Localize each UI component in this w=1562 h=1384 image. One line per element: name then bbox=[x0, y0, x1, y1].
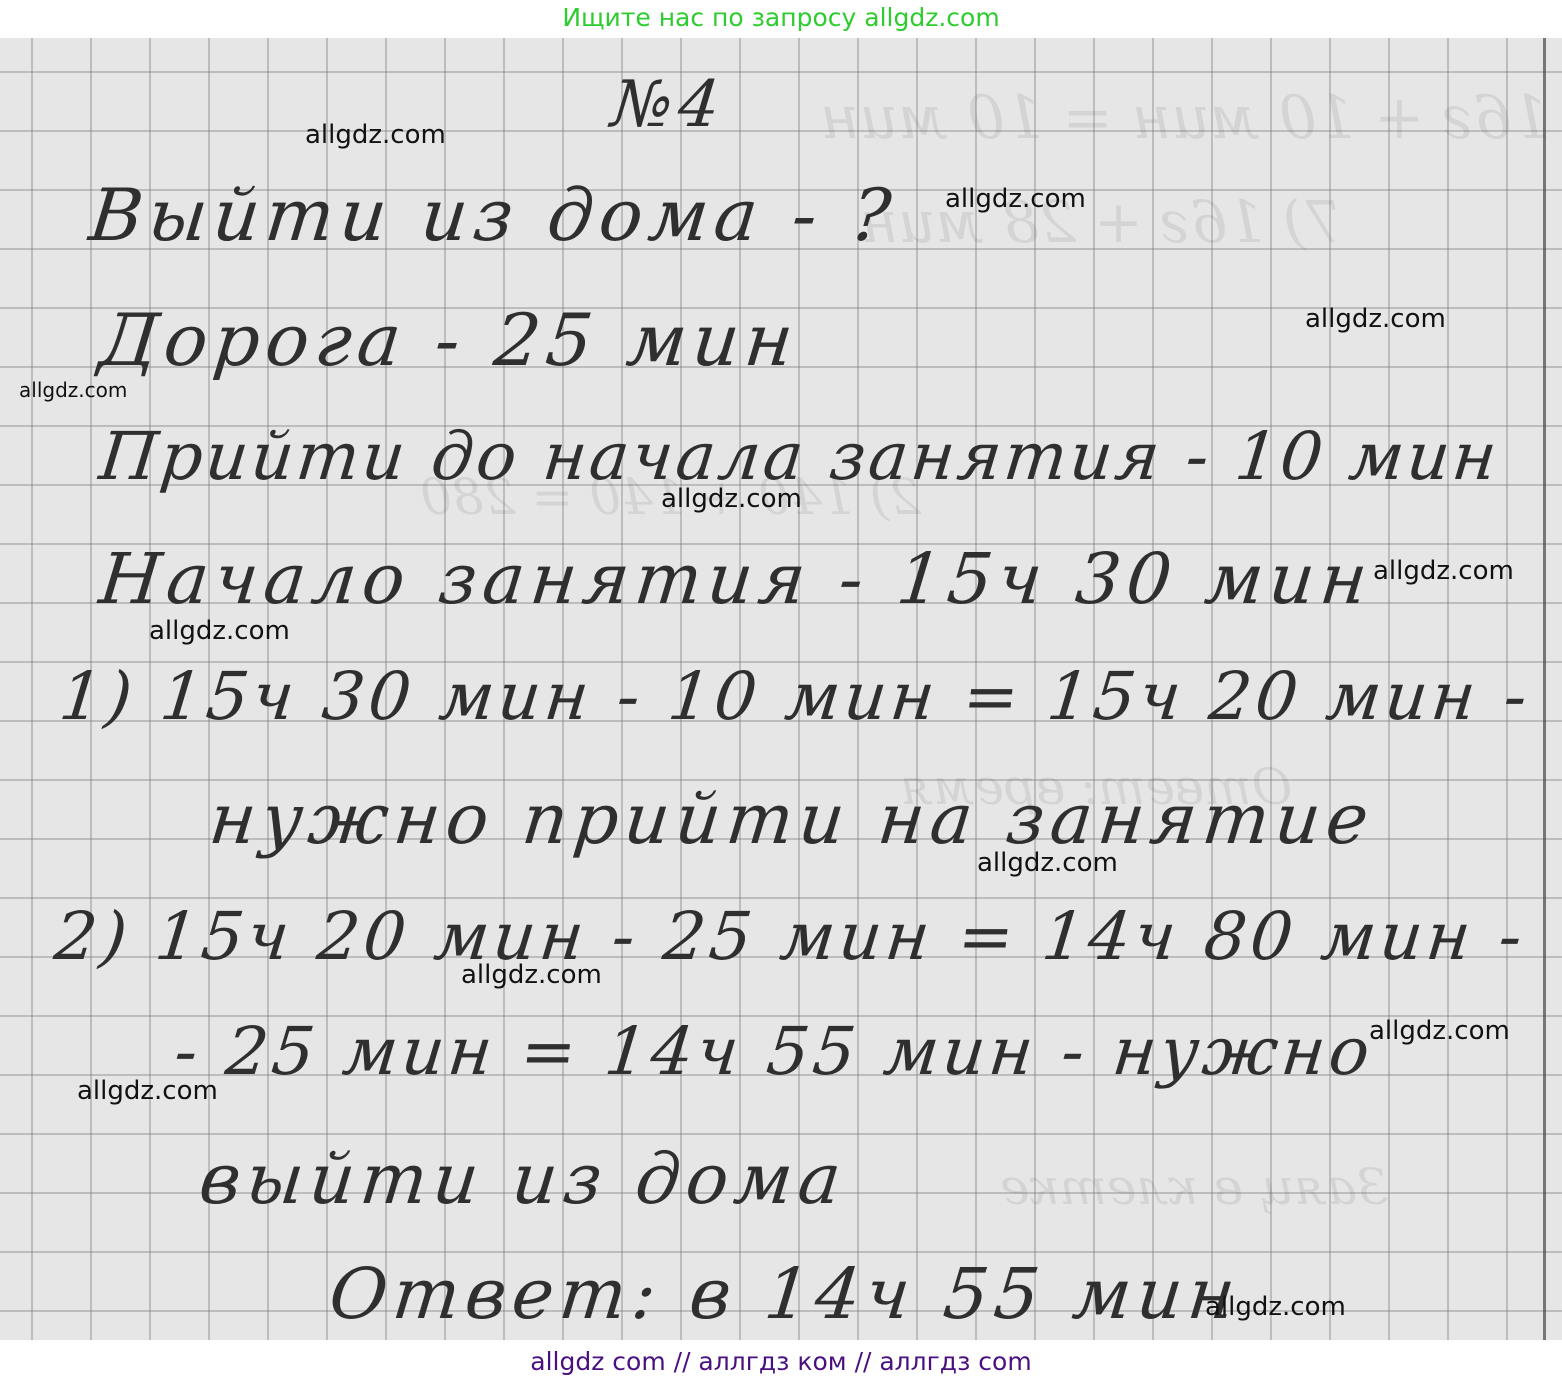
watermark: allgdz.com bbox=[305, 120, 446, 150]
watermark: allgdz.com bbox=[1373, 556, 1514, 586]
watermark: allgdz.com bbox=[977, 848, 1118, 878]
top-banner-text: Ищите нас по запросу allgdz.com bbox=[562, 3, 999, 32]
watermark: allgdz.com bbox=[149, 616, 290, 646]
problem-number: №4 bbox=[608, 68, 729, 142]
bottom-banner-text: allgdz com // аллгдз ком // аллгдз com bbox=[530, 1347, 1031, 1376]
step-2-equation: 2) 15ч 20 мин - 25 мин = 14ч 80 мин - bbox=[51, 898, 1530, 975]
top-banner: Ищите нас по запросу allgdz.com bbox=[0, 0, 1562, 38]
watermark: allgdz.com bbox=[461, 960, 602, 990]
bleed-through-text: 7) 16г + 28 мин bbox=[860, 188, 1342, 256]
watermark: allgdz.com bbox=[661, 484, 802, 514]
margin-line bbox=[1543, 38, 1546, 1340]
watermark: allgdz.com bbox=[1305, 304, 1446, 334]
watermark: allgdz.com bbox=[1369, 1016, 1510, 1046]
watermark: allgdz.com bbox=[945, 184, 1086, 214]
watermark: allgdz.com bbox=[19, 378, 127, 402]
step-1-equation: 1) 15ч 30 мин - 10 мин = 15ч 20 мин - bbox=[56, 658, 1535, 735]
line-question: Выйти из дома - ? bbox=[86, 173, 901, 257]
step-2-explanation: выйти из дома bbox=[196, 1138, 851, 1220]
watermark: allgdz.com bbox=[77, 1076, 218, 1106]
step-1-explanation: нужно прийти на занятие bbox=[206, 778, 1379, 860]
step-2-continuation: - 25 мин = 14ч 55 мин - нужно bbox=[171, 1013, 1377, 1090]
bottom-banner: allgdz com // аллгдз ком // аллгдз com bbox=[0, 1340, 1562, 1384]
bleed-through-text: Заяц в клетке bbox=[1000, 1158, 1388, 1216]
watermark: allgdz.com bbox=[1205, 1292, 1346, 1322]
notebook-page: б) 16г + 10 мин = 10 мин 7) 16г + 28 мин… bbox=[0, 38, 1562, 1340]
answer-line: Ответ: в 14ч 55 мин bbox=[326, 1253, 1245, 1335]
line-road-time: Дорога - 25 мин bbox=[96, 298, 804, 382]
bleed-through-text: б) 16г + 10 мин = 10 мин bbox=[820, 83, 1562, 153]
line-class-start: Начало занятия - 15ч 30 мин bbox=[96, 538, 1377, 620]
